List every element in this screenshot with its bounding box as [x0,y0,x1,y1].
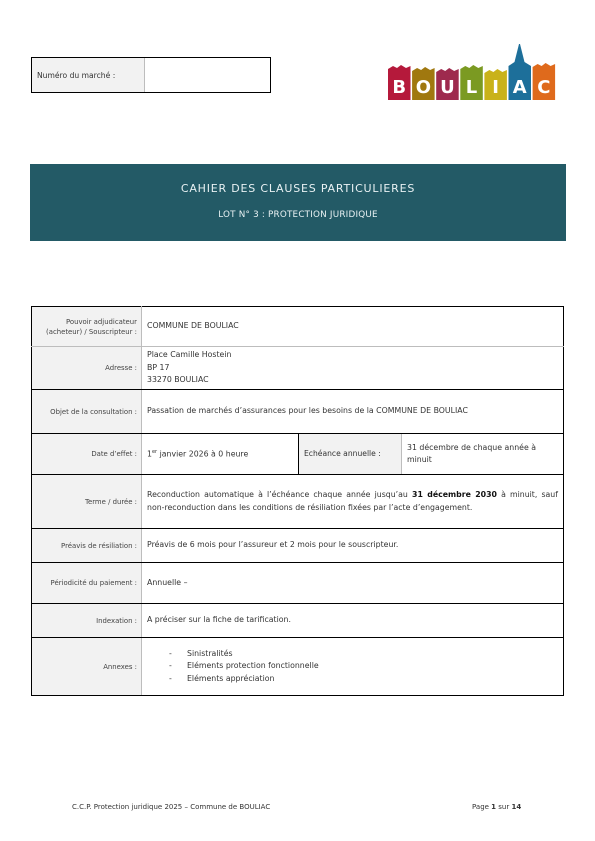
market-number-label: Numéro du marché : [32,58,145,92]
annexes-label: Annexes : [32,638,142,696]
market-number-value [145,58,270,92]
start-date-value: 1er janvier 2026 à 0 heure [142,434,299,475]
row-buyer: Pouvoir adjudicateur (acheteur) / Souscr… [32,307,564,347]
address-line: 33270 BOULIAC [147,374,558,387]
address-value: Place Camille Hostein BP 17 33270 BOULIA… [142,347,564,390]
document-title: CAHIER DES CLAUSES PARTICULIERES [30,182,566,195]
contract-info-table: Pouvoir adjudicateur (acheteur) / Souscr… [31,306,564,696]
row-address: Adresse : Place Camille Hostein BP 17 33… [32,347,564,390]
indexation-value: A préciser sur la fiche de tarification. [142,604,564,638]
payment-label: Périodicité du paiement : [32,563,142,604]
term-value: Reconduction automatique à l’échéance ch… [142,475,564,529]
row-notice: Préavis de résiliation : Préavis de 6 mo… [32,529,564,563]
notice-label: Préavis de résiliation : [32,529,142,563]
row-term: Terme / durée : Reconduction automatique… [32,475,564,529]
svg-text:O: O [416,77,431,98]
term-label: Terme / durée : [32,475,142,529]
svg-text:U: U [440,77,455,98]
annex-item: Sinistralités [169,648,558,661]
annexes-value: Sinistralités Eléments protection foncti… [142,638,564,696]
notice-value: Préavis de 6 mois pour l’assureur et 2 m… [142,529,564,563]
renewal-value: 31 décembre de chaque année à minuit [402,434,564,475]
bouliac-logo: BOULIAC [388,44,560,102]
title-banner: CAHIER DES CLAUSES PARTICULIERES LOT N° … [30,164,566,241]
footer-page-number: Page 1 sur 14 [472,803,521,811]
market-number-box: Numéro du marché : [31,57,271,93]
row-indexation: Indexation : A préciser sur la fiche de … [32,604,564,638]
address-label: Adresse : [32,347,142,390]
annex-item: Eléments appréciation [169,673,558,686]
object-label: Objet de la consultation : [32,390,142,434]
renewal-label: Echéance annuelle : [299,434,402,475]
object-value: Passation de marchés d’assurances pour l… [142,390,564,434]
footer-doc-title: C.C.P. Protection juridique 2025 – Commu… [72,803,270,811]
svg-text:B: B [392,77,406,98]
buyer-label: Pouvoir adjudicateur (acheteur) / Souscr… [32,307,142,347]
svg-text:C: C [537,77,550,98]
document-subtitle: LOT N° 3 : PROTECTION JURIDIQUE [30,210,566,220]
payment-value: Annuelle – [142,563,564,604]
row-payment: Périodicité du paiement : Annuelle – [32,563,564,604]
row-annexes: Annexes : Sinistralités Eléments protect… [32,638,564,696]
svg-text:A: A [513,77,527,98]
svg-text:I: I [492,77,499,98]
row-dates: Date d’effet : 1er janvier 2026 à 0 heur… [32,434,564,475]
start-date-label: Date d’effet : [32,434,142,475]
buyer-value: COMMUNE DE BOULIAC [142,307,564,347]
address-line: BP 17 [147,362,558,375]
address-line: Place Camille Hostein [147,349,558,362]
row-object: Objet de la consultation : Passation de … [32,390,564,434]
annexes-list: Sinistralités Eléments protection foncti… [147,648,558,686]
indexation-label: Indexation : [32,604,142,638]
svg-text:L: L [466,77,477,98]
annex-item: Eléments protection fonctionnelle [169,660,558,673]
